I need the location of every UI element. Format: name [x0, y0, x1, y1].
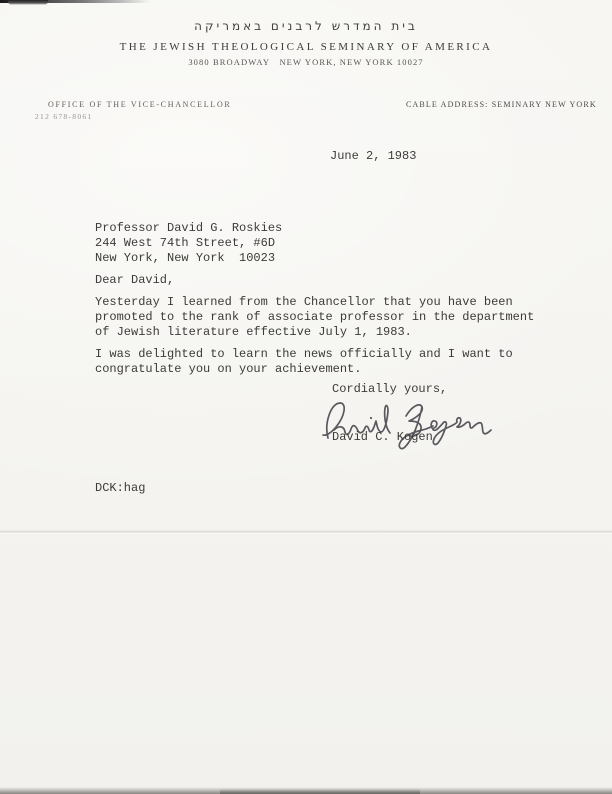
- typed-signer-name: David C. Kogen: [332, 430, 433, 445]
- letterhead-office-title: OFFICE OF THE VICE-CHANCELLOR: [48, 100, 231, 109]
- body-paragraph-2: I was delighted to learn the news offici…: [95, 347, 555, 377]
- recipient-address-block: Professor David G. Roskies 244 West 74th…: [95, 221, 282, 266]
- paper-fold-crease: [0, 530, 612, 534]
- body-paragraph-1: Yesterday I learned from the Chancellor …: [95, 295, 555, 340]
- letterhead-phone-number: 212 678-8061: [35, 112, 92, 121]
- letterhead-hebrew-name: בית המדרש לרבנים באמריקה: [0, 19, 612, 33]
- scanned-letter-page: בית המדרש לרבנים באמריקה THE JEWISH THEO…: [0, 0, 612, 794]
- letter-date: June 2, 1983: [330, 149, 416, 164]
- salutation: Dear David,: [95, 273, 174, 288]
- scan-top-corner-mark: [8, 0, 48, 5]
- reference-initials: DCK:hag: [95, 481, 145, 496]
- scan-bottom-edge-shadow: [220, 789, 420, 794]
- letterhead-cable-address: CABLE ADDRESS: SEMINARY NEW YORK: [406, 100, 597, 109]
- letterhead-street-address: 3080 BROADWAY NEW YORK, NEW YORK 10027: [0, 57, 612, 67]
- letterhead-org-name: THE JEWISH THEOLOGICAL SEMINARY OF AMERI…: [0, 41, 612, 53]
